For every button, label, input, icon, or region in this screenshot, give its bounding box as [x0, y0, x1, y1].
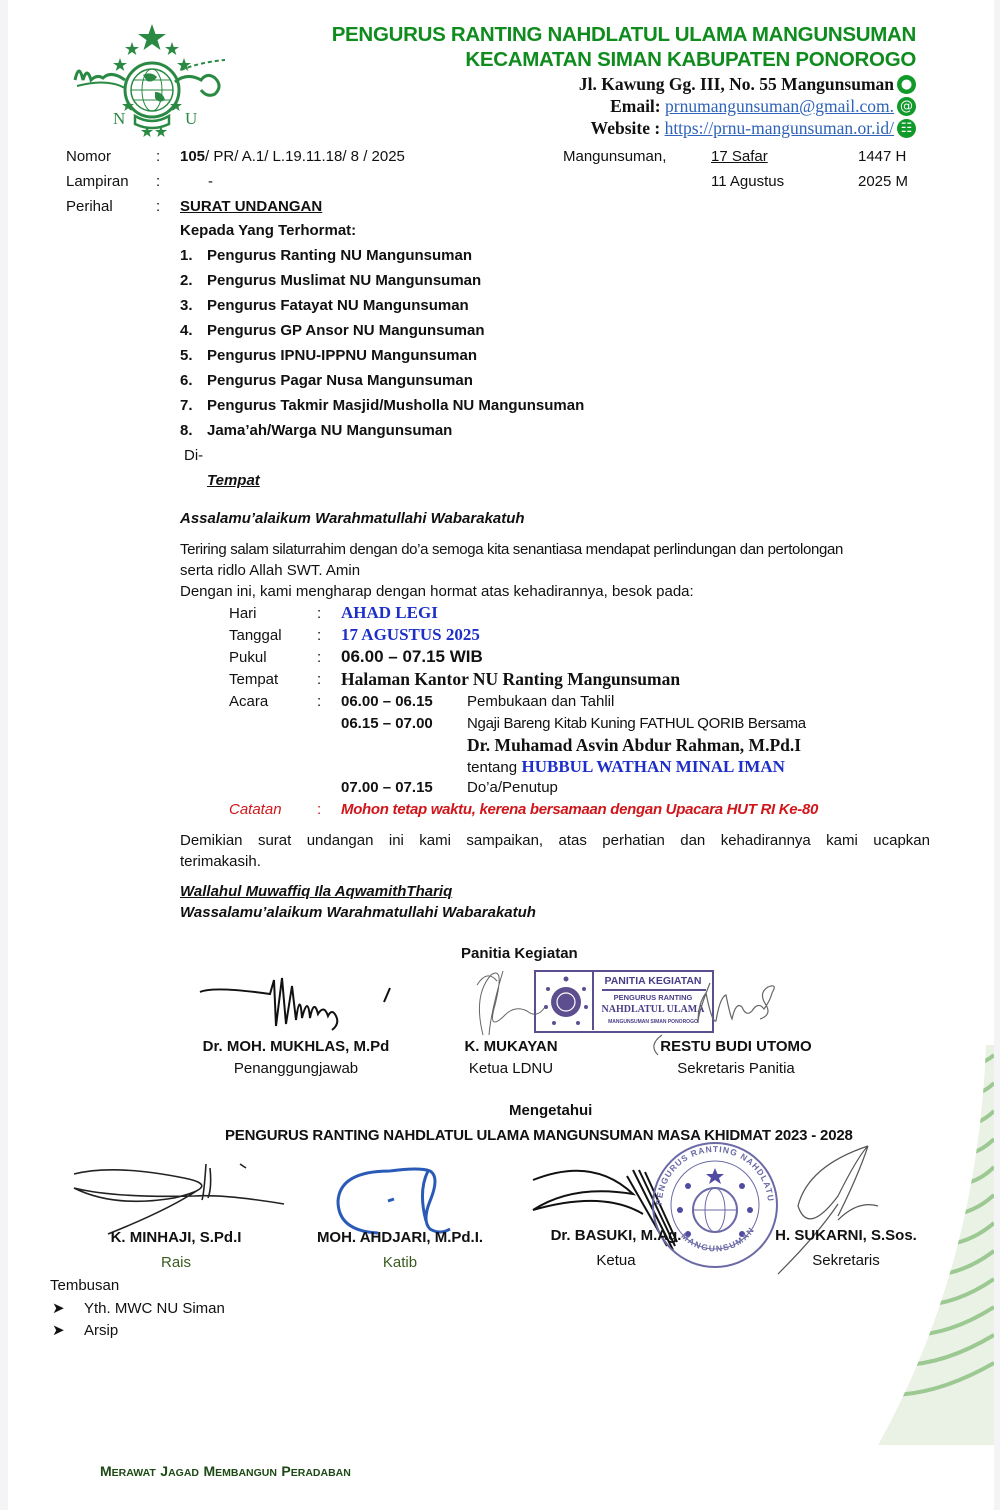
org-website-line: Website : https://prnu-mangunsuman.or.id…	[591, 118, 894, 139]
signer-role: Sekretaris Panitia	[677, 1060, 795, 1077]
acara-label: Acara	[229, 693, 268, 710]
year-masehi: 2025 M	[858, 173, 908, 190]
signer-role: Ketua	[596, 1252, 635, 1269]
date-hijri: 17 Safar	[711, 148, 768, 165]
perihal-value: SURAT UNDANGAN	[180, 198, 322, 215]
colon: :	[317, 605, 321, 622]
paragraph-line: serta ridlo Allah SWT. Amin	[180, 562, 360, 579]
agenda-desc: Ngaji Bareng Kitab Kuning FATHUL QORIB B…	[467, 715, 806, 732]
tanggal-label: Tanggal	[229, 627, 282, 644]
signature-ahdjari	[328, 1165, 478, 1235]
signer-role: Rais	[161, 1254, 191, 1271]
agenda-time: 06.15 – 07.00	[341, 715, 433, 732]
signer-role: Sekretaris	[812, 1252, 880, 1269]
org-email-line: Email: prnumangunsuman@gmail.com.	[610, 96, 894, 117]
agenda-desc: Pembukaan dan Tahlil	[467, 693, 614, 710]
agenda-time: 06.00 – 06.15	[341, 693, 433, 710]
board-seal: PENGURUS RANTING NAHDLATUL ULAMA MANGUNS…	[648, 1138, 783, 1273]
website-label: Website :	[591, 118, 661, 138]
topic-prefix: tentang	[467, 759, 517, 776]
di-label: Di-	[184, 447, 203, 464]
paragraph-line: terimakasih.	[180, 853, 261, 870]
signer-name: Dr. BASUKI, M.Ag.	[551, 1227, 682, 1244]
list-item: 7.Pengurus Takmir Masjid/Musholla NU Man…	[180, 397, 584, 414]
list-item: 3.Pengurus Fatayat NU Mangunsuman	[180, 297, 469, 314]
colon: :	[317, 801, 321, 818]
catatan-label: Catatan	[229, 801, 282, 818]
colon: :	[317, 671, 321, 688]
closing-greeting: Wassalamu’alaikum Warahmatullahi Wabarak…	[180, 904, 536, 921]
globe-icon: ☷	[897, 119, 916, 138]
nomor-value: 105/ PR/ A.1/ L.19.11.18/ 8 / 2025	[180, 148, 405, 165]
signer-name: K. MINHAJI, S.Pd.I	[111, 1229, 242, 1246]
nu-logo-icon: N U	[63, 22, 243, 140]
location-pin-icon: ●	[897, 75, 916, 94]
tempat-value: Halaman Kantor NU Ranting Mangunsuman	[341, 669, 680, 690]
nu-logo: N U	[63, 22, 243, 140]
paragraph-line: Demikian surat undangan ini kami sampaik…	[180, 832, 930, 849]
email-link[interactable]: prnumangunsuman@gmail.com.	[665, 96, 894, 116]
lampiran-value: -	[208, 173, 213, 190]
list-item: 1.Pengurus Ranting NU Mangunsuman	[180, 247, 472, 264]
letter-place: Mangunsuman,	[563, 148, 666, 165]
signer-name: MOH. AHDJARI, M.Pd.I.	[317, 1229, 483, 1246]
svg-text:U: U	[185, 109, 197, 128]
committee-heading: Panitia Kegiatan	[461, 945, 578, 962]
signature-mukhlas	[194, 968, 404, 1038]
org-name: PENGURUS RANTING NAHDLATUL ULAMA MANGUNS…	[332, 23, 916, 47]
email-label: Email:	[610, 96, 661, 116]
acknowledge-label: Mengetahui	[509, 1102, 592, 1119]
website-link[interactable]: https://prnu-mangunsuman.or.id/	[665, 118, 894, 138]
topic-title: HUBBUL WATHAN MINAL IMAN	[522, 757, 785, 776]
hari-label: Hari	[229, 605, 257, 622]
hari-value: AHAD LEGI	[341, 603, 438, 623]
paragraph-line: Dengan ini, kami mengharap dengan hormat…	[180, 583, 694, 600]
date-masehi: 11 Agustus	[711, 173, 784, 190]
rope-ornament	[878, 1045, 994, 1445]
catatan-value: Mohon tetap waktu, kerena bersamaan deng…	[341, 801, 818, 818]
recipients-heading: Kepada Yang Terhormat:	[180, 222, 356, 239]
tempat-label: Tempat	[207, 472, 260, 489]
org-address: Jl. Kawung Gg. III, No. 55 Mangunsuman	[579, 74, 894, 95]
tembusan-heading: Tembusan	[50, 1277, 119, 1294]
list-item: ➤Yth. MWC NU Siman	[52, 1299, 225, 1317]
list-item: 8.Jama’ah/Warga NU Mangunsuman	[180, 422, 452, 439]
paragraph-line: Teriring salam silaturrahim dengan do’a …	[180, 541, 843, 558]
colon: :	[317, 649, 321, 666]
year-hijri: 1447 H	[858, 148, 906, 165]
list-item: 6.Pengurus Pagar Nusa Mangunsuman	[180, 372, 473, 389]
nomor-code: / PR/ A.1/ L.19.11.18/ 8 / 2025	[205, 148, 405, 165]
perihal-label: Perihal	[66, 198, 113, 215]
signer-role: Katib	[383, 1254, 417, 1271]
pukul-value: 06.00 – 07.15 WIB	[341, 647, 483, 667]
letter-page: N U PENGURUS RANTING NAHDLATUL ULAMA MAN…	[8, 0, 994, 1510]
agenda-speaker: Dr. Muhamad Asvin Abdur Rahman, M.Pd.I	[467, 735, 801, 756]
signer-role: Penanggungjawab	[234, 1060, 358, 1077]
agenda-topic: tentang HUBBUL WATHAN MINAL IMAN	[467, 757, 785, 777]
signer-name: K. MUKAYAN	[464, 1038, 557, 1055]
svg-text:PENGURUS RANTING NAHDLATUL ULA: PENGURUS RANTING NAHDLATUL ULAMA	[644, 1130, 776, 1205]
arrow-bullet-icon: ➤	[52, 1299, 84, 1317]
footer-tagline: MERAWAT JAGAD MEMBANGUN PERADABAN	[100, 1463, 351, 1481]
colon: :	[156, 148, 160, 165]
arrow-bullet-icon: ➤	[52, 1321, 84, 1339]
signer-name: RESTU BUDI UTOMO	[660, 1038, 811, 1055]
list-item: 4.Pengurus GP Ansor NU Mangunsuman	[180, 322, 485, 339]
signature-minhaji	[68, 1160, 298, 1240]
colon: :	[317, 627, 321, 644]
svg-text:N: N	[113, 109, 125, 128]
nomor-number: 105	[180, 148, 205, 165]
colon: :	[156, 173, 160, 190]
nomor-label: Nomor	[66, 148, 111, 165]
org-district: KECAMATAN SIMAN KABUPATEN PONOROGO	[465, 48, 916, 72]
svg-text:MANGUNSUMAN: MANGUNSUMAN	[679, 1225, 756, 1254]
signer-role: Ketua LDNU	[469, 1060, 553, 1077]
list-item: 5.Pengurus IPNU-IPPNU Mangunsuman	[180, 347, 477, 364]
tanggal-value: 17 AGUSTUS 2025	[341, 625, 480, 645]
pukul-label: Pukul	[229, 649, 267, 666]
list-item: 2.Pengurus Muslimat NU Mangunsuman	[180, 272, 481, 289]
tempat-label: Tempat	[229, 671, 278, 688]
opening-greeting: Assalamu’alaikum Warahmatullahi Wabaraka…	[180, 510, 525, 527]
at-sign-icon: @	[897, 97, 916, 116]
lampiran-label: Lampiran	[66, 173, 129, 190]
agenda-desc: Do’a/Penutup	[467, 779, 558, 796]
motto: Wallahul Muwaffiq Ila AqwamithThariq	[180, 883, 452, 900]
colon: :	[317, 693, 321, 710]
colon: :	[156, 198, 160, 215]
agenda-time: 07.00 – 07.15	[341, 779, 433, 796]
signer-name: Dr. MOH. MUKHLAS, M.Pd	[203, 1038, 390, 1055]
stamp-emblem-icon	[540, 973, 592, 1031]
list-item: ➤Arsip	[52, 1321, 118, 1339]
